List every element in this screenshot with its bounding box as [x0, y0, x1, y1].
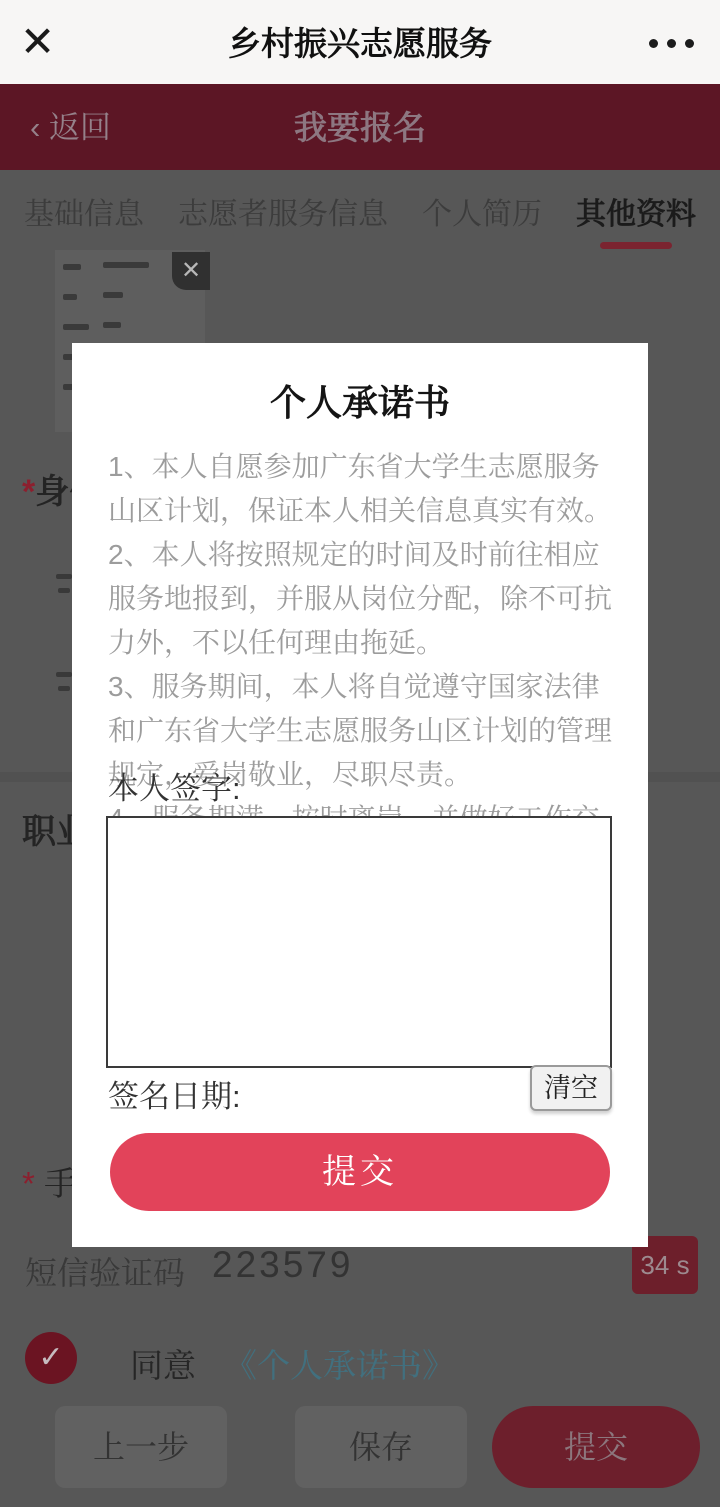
- clear-signature-button[interactable]: 清空: [530, 1065, 612, 1111]
- required-asterisk: *: [22, 473, 35, 511]
- term-item: 2、本人将按照规定的时间及时前往相应服务地报到，并服从岗位分配，除不可抗力外，不…: [108, 533, 612, 665]
- term-item: 1、本人自愿参加广东省大学生志愿服务山区计划，保证本人相关信息真实有效。: [108, 445, 612, 533]
- save-button[interactable]: 保存: [295, 1406, 467, 1488]
- required-asterisk: *: [22, 1165, 35, 1202]
- agree-label: 同意: [130, 1340, 196, 1387]
- signature-date-label: 签名日期:: [108, 1071, 241, 1116]
- modal-title: 个人承诺书: [72, 375, 648, 426]
- more-menu-icon[interactable]: [649, 39, 694, 48]
- native-nav-bar: ✕ 乡村振兴志愿服务: [0, 0, 720, 84]
- app-screen: ✕ 乡村振兴志愿服务 ‹ 返回 我要报名 基础信息 志愿者服务信息 个人简历 其…: [0, 0, 720, 1507]
- modal-submit-button[interactable]: 提交: [110, 1133, 610, 1211]
- agree-checkbox[interactable]: ✓: [25, 1332, 77, 1384]
- sms-code-value[interactable]: 223579: [212, 1244, 353, 1286]
- agreement-link[interactable]: 《个人承诺书》: [224, 1340, 455, 1387]
- header-title: 我要报名: [0, 84, 720, 170]
- sms-code-label: 短信验证码: [25, 1248, 185, 1294]
- signature-label: 本人签字:: [108, 763, 241, 808]
- tab-personal-resume[interactable]: 个人简历: [422, 170, 542, 252]
- check-icon: ✓: [38, 1341, 63, 1374]
- signature-pad[interactable]: [106, 816, 612, 1068]
- tab-bar: 基础信息 志愿者服务信息 个人简历 其他资料: [0, 170, 720, 252]
- commitment-modal: 个人承诺书 1、本人自愿参加广东省大学生志愿服务山区计划，保证本人相关信息真实有…: [72, 343, 648, 1247]
- page-header: ‹ 返回 我要报名: [0, 84, 720, 170]
- tab-volunteer-service-info[interactable]: 志愿者服务信息: [178, 170, 388, 252]
- page-title: 乡村振兴志愿服务: [0, 0, 720, 84]
- tab-basic-info[interactable]: 基础信息: [24, 170, 144, 252]
- previous-step-button[interactable]: 上一步: [55, 1406, 227, 1488]
- tab-other-materials[interactable]: 其他资料: [576, 170, 696, 252]
- form-submit-button[interactable]: 提交: [492, 1406, 700, 1488]
- delete-thumbnail-icon[interactable]: ✕: [172, 252, 210, 290]
